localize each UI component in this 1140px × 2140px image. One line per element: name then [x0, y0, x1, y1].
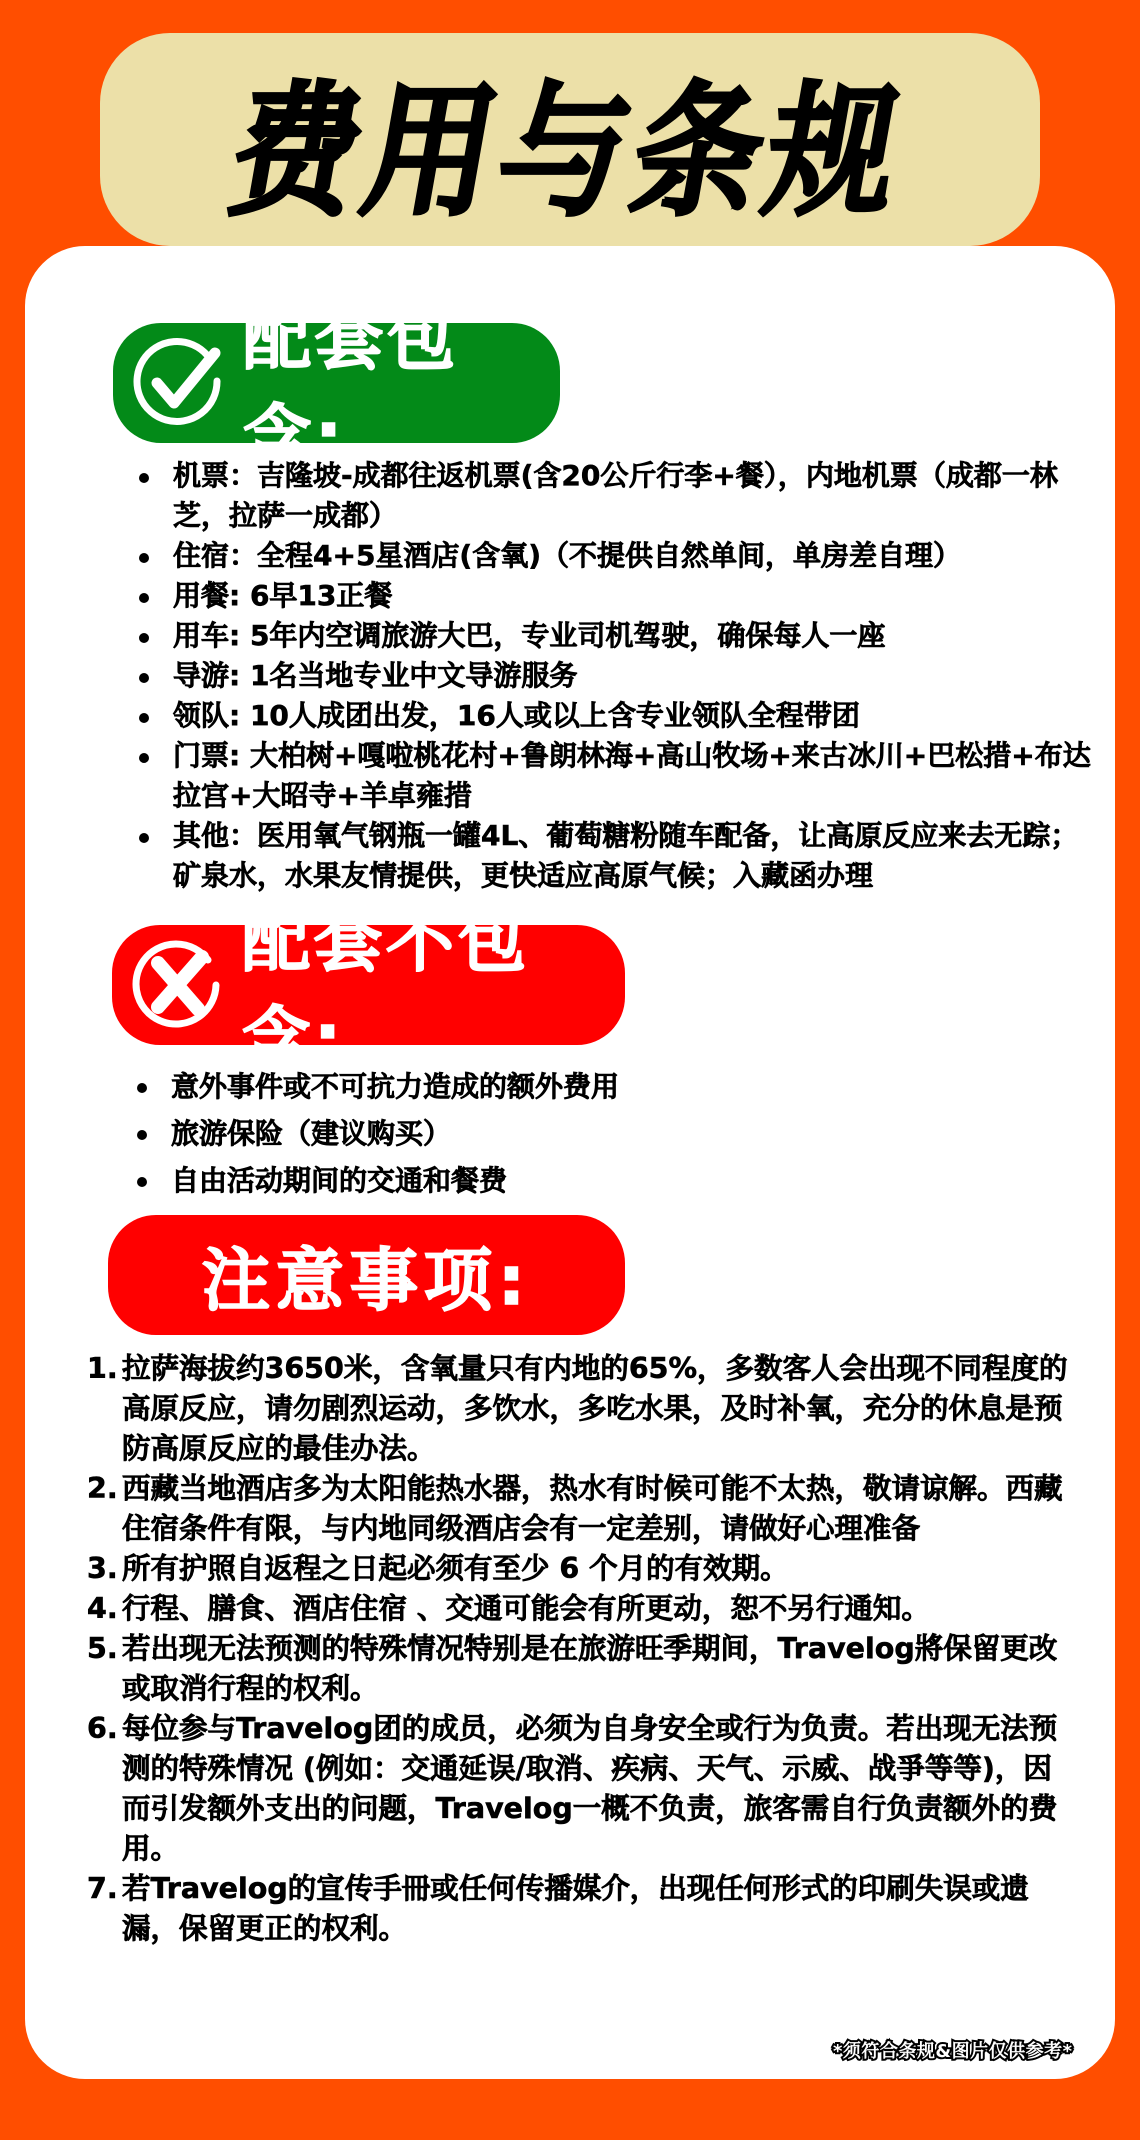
- list-item: 意外事件或不可抗力造成的额外费用: [129, 1063, 829, 1110]
- note-text: 西藏当地酒店多为太阳能热水器，热水有时候可能不太热，敬请谅解。西藏住宿条件有限，…: [122, 1472, 1063, 1545]
- note-number: 7.: [87, 1869, 118, 1909]
- included-heading-badge: 配套包含:: [113, 323, 560, 443]
- check-circle-icon: [129, 333, 229, 433]
- disclaimer-footnote: *须符合条规&图片仅供参考*: [833, 2037, 1073, 2063]
- list-item: 门票: 大柏树+嘎啦桃花村+鲁朗林海+高山牧场+来古冰川+巴松措+布达拉宫+大昭…: [131, 736, 1101, 816]
- note-item: 5.若出现无法预测的特殊情况特别是在旅游旺季期间，Travelog將保留更改或取…: [87, 1629, 1077, 1709]
- included-list: 机票：吉隆坡-成都往返机票(含20公斤行李+餐），内地机票（成都一林芝，拉萨一成…: [131, 456, 1101, 896]
- note-number: 6.: [87, 1709, 118, 1749]
- page-title: 费用与条规: [217, 36, 923, 242]
- note-number: 1.: [87, 1349, 118, 1389]
- note-number: 3.: [87, 1549, 118, 1589]
- excluded-heading-badge: 配套不包含:: [112, 925, 625, 1045]
- note-number: 4.: [87, 1589, 118, 1629]
- note-item: 1.拉萨海拔约3650米，含氧量只有内地的65%，多数客人会出现不同程度的高原反…: [87, 1349, 1077, 1469]
- note-text: 若Travelog的宣传手冊或任何传播媒介，出现任何形式的印刷失误或遗漏，保留更…: [122, 1872, 1029, 1945]
- note-text: 行程、膳食、酒店住宿 、交通可能会有所更动，恕不另行通知。: [122, 1592, 930, 1625]
- title-banner: 费用与条规: [100, 33, 1040, 246]
- note-item: 6.每位参与Travelog团的成员，必须为自身安全或行为负责。若出现无法预测的…: [87, 1709, 1077, 1869]
- note-item: 4.行程、膳食、酒店住宿 、交通可能会有所更动，恕不另行通知。: [87, 1589, 1077, 1629]
- notes-list: 1.拉萨海拔约3650米，含氧量只有内地的65%，多数客人会出现不同程度的高原反…: [87, 1349, 1077, 1949]
- note-item: 2.西藏当地酒店多为太阳能热水器，热水有时候可能不太热，敬请谅解。西藏住宿条件有…: [87, 1469, 1077, 1549]
- note-text: 所有护照自返程之日起必须有至少 6 个月的有效期。: [122, 1552, 789, 1585]
- list-item: 自由活动期间的交通和餐费: [129, 1157, 829, 1204]
- list-item: 住宿：全程4+5星酒店(含氧)（不提供自然单间，单房差自理）: [131, 536, 1101, 576]
- notes-heading-badge: 注意事项:: [108, 1215, 625, 1335]
- note-number: 2.: [87, 1469, 118, 1509]
- note-item: 3.所有护照自返程之日起必须有至少 6 个月的有效期。: [87, 1549, 1077, 1589]
- excluded-list: 意外事件或不可抗力造成的额外费用 旅游保险（建议购买） 自由活动期间的交通和餐费: [129, 1063, 829, 1204]
- included-heading: 配套包含:: [243, 286, 560, 480]
- x-circle-icon: [128, 935, 228, 1035]
- note-text: 拉萨海拔约3650米，含氧量只有内地的65%，多数客人会出现不同程度的高原反应，…: [122, 1352, 1068, 1465]
- list-item: 领队: 10人成团出发，16人或以上含专业领队全程带团: [131, 696, 1101, 736]
- list-item: 机票：吉隆坡-成都往返机票(含20公斤行李+餐），内地机票（成都一林芝，拉萨一成…: [131, 456, 1101, 536]
- content-card: 配套包含: 机票：吉隆坡-成都往返机票(含20公斤行李+餐），内地机票（成都一林…: [25, 246, 1115, 2079]
- list-item: 其他：医用氧气钢瓶一罐4L、葡萄糖粉随车配备，让高原反应来去无踪；矿泉水，水果友…: [131, 816, 1101, 896]
- note-text: 若出现无法预测的特殊情况特别是在旅游旺季期间，Travelog將保留更改或取消行…: [122, 1632, 1057, 1705]
- list-item: 用餐: 6早13正餐: [131, 576, 1101, 616]
- excluded-heading: 配套不包含:: [242, 888, 625, 1082]
- list-item: 用车: 5年内空调旅游大巴，专业司机驾驶，确保每人一座: [131, 616, 1101, 656]
- list-item: 导游: 1名当地专业中文导游服务: [131, 656, 1101, 696]
- note-text: 每位参与Travelog团的成员，必须为自身安全或行为负责。若出现无法预测的特殊…: [122, 1712, 1057, 1865]
- list-item: 旅游保险（建议购买）: [129, 1110, 829, 1157]
- notes-heading: 注意事项:: [202, 1227, 531, 1324]
- note-number: 5.: [87, 1629, 118, 1669]
- note-item: 7.若Travelog的宣传手冊或任何传播媒介，出现任何形式的印刷失误或遗漏，保…: [87, 1869, 1077, 1949]
